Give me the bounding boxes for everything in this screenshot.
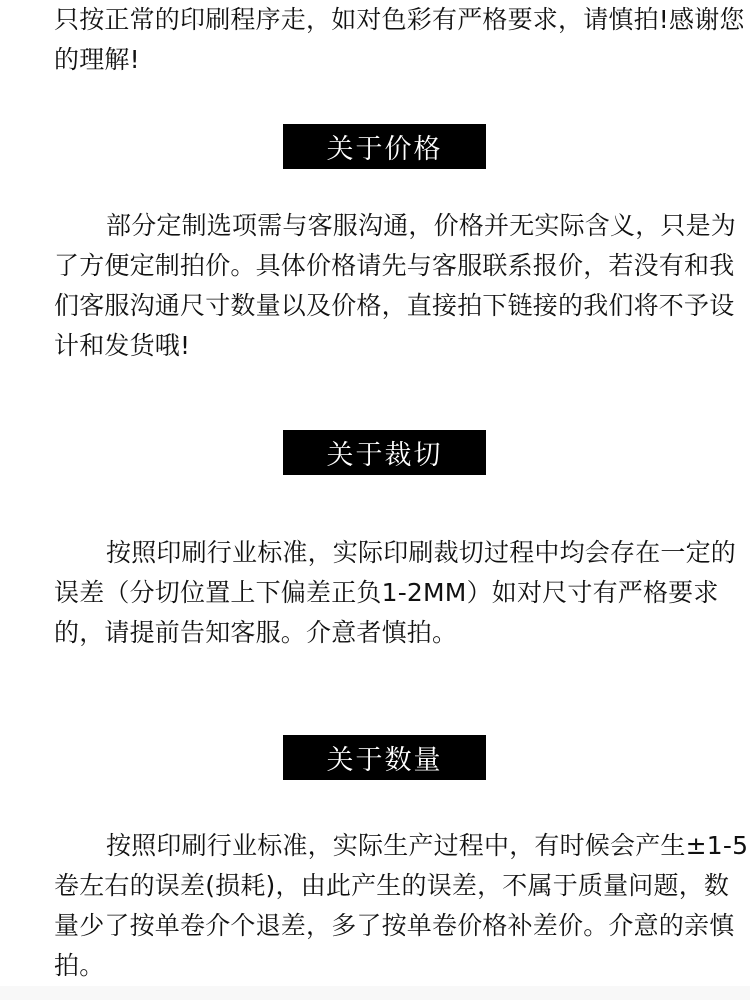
- section-heading-label: 关于裁切: [327, 433, 443, 472]
- text-line: 部分定制选项需与客服沟通，价格并无实际含义，只是为: [54, 206, 714, 246]
- text-line: 们客服沟通尺寸数量以及价格，直接拍下链接的我们将不予设: [54, 286, 714, 326]
- section-heading-label: 关于数量: [327, 738, 443, 777]
- text-line: 了方便定制拍价。具体价格请先与客服联系报价，若没有和我: [54, 246, 714, 286]
- text-line: 的理解!: [54, 40, 714, 80]
- text-line: 卷左右的误差(损耗)，由此产生的误差，不属于质量问题，数: [54, 866, 714, 906]
- text-line: 按照印刷行业标准，实际生产过程中，有时候会产生±1-5: [54, 826, 714, 866]
- text-line: 按照印刷行业标准，实际印刷裁切过程中均会存在一定的: [54, 533, 714, 573]
- text-line: 误差（分切位置上下偏差正负1-2MM）如对尺寸有严格要求: [54, 573, 714, 613]
- price-paragraph: 部分定制选项需与客服沟通，价格并无实际含义，只是为 了方便定制拍价。具体价格请先…: [54, 206, 714, 366]
- section-heading-label: 关于价格: [327, 127, 443, 166]
- section-heading-price: 关于价格: [283, 124, 486, 169]
- quantity-paragraph: 按照印刷行业标准，实际生产过程中，有时候会产生±1-5 卷左右的误差(损耗)，由…: [54, 826, 714, 986]
- section-heading-quantity: 关于数量: [283, 735, 486, 780]
- text-line: 的，请提前告知客服。介意者慎拍。: [54, 613, 714, 653]
- text-line: 拍。: [54, 946, 714, 986]
- bottom-divider-strip: [0, 986, 750, 1000]
- cutting-paragraph: 按照印刷行业标准，实际印刷裁切过程中均会存在一定的 误差（分切位置上下偏差正负1…: [54, 533, 714, 653]
- text-line: 量少了按单卷介个退差，多了按单卷价格补差价。介意的亲慎: [54, 906, 714, 946]
- intro-paragraph: 只按正常的印刷程序走，如对色彩有严格要求，请慎拍!感谢您 的理解!: [54, 0, 714, 80]
- text-line: 计和发货哦!: [54, 326, 714, 366]
- section-heading-cutting: 关于裁切: [283, 430, 486, 475]
- text-line: 只按正常的印刷程序走，如对色彩有严格要求，请慎拍!感谢您: [54, 0, 714, 40]
